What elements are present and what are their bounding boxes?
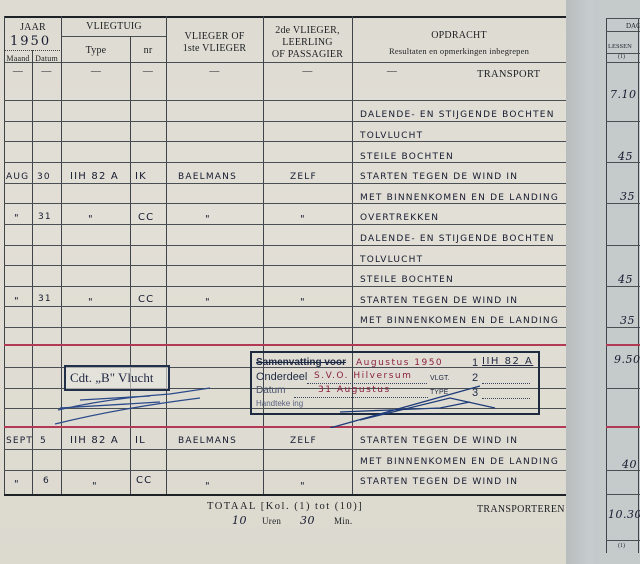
row-rule xyxy=(606,203,640,204)
header-bottom-rule xyxy=(4,62,566,63)
ditto-mark: " xyxy=(205,481,210,492)
dash-datum: — xyxy=(32,66,61,77)
dag-label: DAG xyxy=(626,22,640,30)
dotted-line xyxy=(294,397,428,398)
opdracht-entry: Met binnenkomen en de landing xyxy=(360,193,559,203)
logbook-left-page: JAAR 1950 Maand Datum VLIEGTUIG Type nr … xyxy=(0,0,566,564)
summary-item-1-num: 1 xyxy=(472,357,478,369)
vlieger-entry: Baelmans xyxy=(178,172,237,182)
ditto-mark: " xyxy=(14,296,19,307)
dash-type: — xyxy=(62,66,130,77)
header-top-rule xyxy=(4,16,566,18)
onderdeel-value: S.V.O. Hilversum xyxy=(314,371,412,381)
samenvatting-label: Samenvatting voor xyxy=(256,357,346,368)
tweede-entry: Zelf xyxy=(290,436,317,446)
type-label: Type xyxy=(62,45,130,56)
row-rule xyxy=(606,388,640,389)
nr-entry: CC xyxy=(136,475,152,486)
year-value: 1950 xyxy=(10,34,51,49)
vliegtuig-divider xyxy=(62,36,166,37)
month-start-red-rule xyxy=(606,426,640,428)
month-end-red-rule xyxy=(606,344,640,346)
opdracht-entry: Steile bochten xyxy=(360,275,454,285)
opdracht-entry: Tolvlucht xyxy=(360,131,423,141)
dotted-line xyxy=(307,383,427,384)
transport-label: TRANSPORT xyxy=(477,69,540,80)
ditto-mark: " xyxy=(300,481,305,492)
ditto-mark: " xyxy=(92,481,97,492)
jaar-label: JAAR xyxy=(4,22,62,33)
dash-nr: — xyxy=(130,66,166,77)
samenvatting-value: Augustus 1950 xyxy=(356,358,443,368)
vlieger-label-2: 1ste VLIEGER xyxy=(166,43,263,54)
opdracht-entry: Starten tegen de wind in xyxy=(360,172,518,182)
opdracht-sub-label: Resultaten en opmerkingen inbegrepen xyxy=(352,46,566,57)
minutes-value: 40 xyxy=(622,458,637,471)
dotted-line xyxy=(482,398,530,399)
tweede-label-1: 2de VLIEGER, xyxy=(263,25,352,36)
maand-entry: Sept xyxy=(6,436,33,446)
row-rule xyxy=(606,121,640,122)
vlieger-entry: Baelmans xyxy=(178,436,237,446)
opdracht-entry: Dalende- en stijgende bochten xyxy=(360,234,555,244)
onderdeel-label: Onderdeel xyxy=(256,371,307,383)
transporteren-label: TRANSPORTEREN xyxy=(477,504,565,515)
row-rule xyxy=(4,203,566,204)
row-rule xyxy=(606,286,640,287)
col-number: (1) xyxy=(618,54,625,60)
ditto-mark: " xyxy=(205,214,210,225)
ditto-mark: " xyxy=(88,214,93,225)
stamp-vlucht-label: Cdt. „B" Vlucht xyxy=(70,370,153,386)
nr-label: nr xyxy=(130,45,166,56)
dash-opdracht: — xyxy=(352,66,432,77)
row-rule xyxy=(4,286,566,287)
opdracht-entry: Dalende- en stijgende bochten xyxy=(360,110,555,120)
vlucht-commander-stamp: Cdt. „B" Vlucht xyxy=(64,365,170,391)
row-rule xyxy=(4,100,566,101)
opdracht-entry: Starten tegen de wind in xyxy=(360,436,518,446)
col-line-nr xyxy=(166,16,167,494)
opdracht-label: OPDRACHT xyxy=(352,30,566,41)
tweede-entry: Zelf xyxy=(290,172,317,182)
ditto-mark: " xyxy=(14,213,19,224)
tweede-label-3: OF PASSAGIER xyxy=(263,49,352,60)
month-end-red-rule xyxy=(4,344,566,346)
datum-value: 31 Augustus xyxy=(318,385,391,395)
col-line-left xyxy=(4,16,5,494)
dash-maand: — xyxy=(4,66,32,77)
row-rule xyxy=(606,494,640,495)
row-rule xyxy=(4,449,566,450)
row-rule xyxy=(4,141,566,142)
minutes-value: 45 xyxy=(618,273,633,286)
opdracht-entry: Met binnenkomen en de landing xyxy=(360,457,559,467)
col-line-tweede xyxy=(352,16,353,494)
row-rule xyxy=(4,245,566,246)
month-start-red-rule xyxy=(4,426,566,428)
row-rule xyxy=(606,327,640,328)
min-label: Min. xyxy=(334,516,352,526)
summary-item-1-value: IIH 82 A xyxy=(482,356,533,367)
minutes-value: 35 xyxy=(620,314,635,327)
ditto-mark: " xyxy=(88,297,93,308)
row-rule xyxy=(4,470,566,471)
summary-item-3-num: 3 xyxy=(472,387,478,399)
month-total-value: 9.50 xyxy=(614,353,640,366)
summary-item-2-num: 2 xyxy=(472,372,478,384)
dotted-line xyxy=(482,383,530,384)
uren-value: 10 xyxy=(232,514,247,527)
datum-entry: 5 xyxy=(40,436,47,446)
row-rule xyxy=(606,62,640,63)
dash-vlieger: — xyxy=(166,66,263,77)
ditto-mark: " xyxy=(14,479,19,490)
footer-rule xyxy=(4,494,566,496)
totaal-label: TOTAAL [Kol. (1) tot (10)] xyxy=(207,501,363,512)
vlgt-label: VLGT. xyxy=(430,375,449,382)
logbook-right-page: DAG LESSEN (1) 7.10 45 35 45 35 9.50 40 … xyxy=(598,0,640,564)
opdracht-entry: Starten tegen de wind in xyxy=(360,477,518,487)
opdracht-entry: Steile bochten xyxy=(360,152,454,162)
datum-entry: 31 xyxy=(38,212,52,222)
datum-label: Datum xyxy=(256,385,285,396)
row-rule xyxy=(606,18,640,19)
tweede-label-2: LEERLING xyxy=(263,37,352,48)
vliegtuig-label: VLIEGTUIG xyxy=(62,21,166,32)
row-rule xyxy=(606,540,640,541)
transport-value: 7.10 xyxy=(610,88,637,101)
row-rule xyxy=(606,31,640,32)
row-rule xyxy=(4,121,566,122)
jaar-divider xyxy=(4,50,62,52)
minutes-value: 35 xyxy=(620,190,635,203)
handtekening-label: Handteke ing xyxy=(256,399,303,408)
min-value: 30 xyxy=(300,514,315,527)
opdracht-entry: Met binnenkomen en de landing xyxy=(360,316,559,326)
ditto-mark: " xyxy=(300,297,305,308)
dash-tweede: — xyxy=(263,66,352,77)
type-entry: IIH 82 A xyxy=(70,171,119,182)
minutes-value: 45 xyxy=(618,150,633,163)
maand-entry: Aug xyxy=(6,172,29,182)
maand-label: Maand xyxy=(4,53,32,64)
type-entry: IIH 82 A xyxy=(70,435,119,446)
monthly-summary-stamp: Samenvatting voor Augustus 1950 Onderdee… xyxy=(250,351,540,415)
ditto-mark: " xyxy=(300,214,305,225)
uren-label: Uren xyxy=(262,516,281,526)
lessen-label: LESSEN xyxy=(608,43,632,50)
row-rule xyxy=(4,162,566,163)
row-rule xyxy=(4,327,566,328)
opdracht-entry: Tolvlucht xyxy=(360,255,423,265)
opdracht-entry: Overtrekken xyxy=(360,213,439,223)
nr-entry: IK xyxy=(135,171,147,182)
datum-label: Datum xyxy=(32,53,61,64)
row-rule xyxy=(4,265,566,266)
row-rule xyxy=(4,183,566,184)
col-number: (1) xyxy=(618,543,625,549)
opdracht-entry: Starten tegen de wind in xyxy=(360,296,518,306)
datum-entry: 6 xyxy=(43,476,50,486)
type-label: TYPE xyxy=(430,389,448,396)
datum-entry: 30 xyxy=(37,172,51,182)
datum-entry: 31 xyxy=(38,294,52,304)
col-line-vlieger xyxy=(263,16,264,494)
row-rule xyxy=(606,245,640,246)
nr-entry: CC xyxy=(138,294,154,305)
col-line-datum xyxy=(61,16,62,494)
nr-entry: CC xyxy=(138,212,154,223)
nr-entry: IL xyxy=(135,435,146,446)
final-total-value: 10.30 xyxy=(608,508,640,521)
vlieger-label-1: VLIEGER OF xyxy=(166,31,263,42)
ditto-mark: " xyxy=(205,297,210,308)
